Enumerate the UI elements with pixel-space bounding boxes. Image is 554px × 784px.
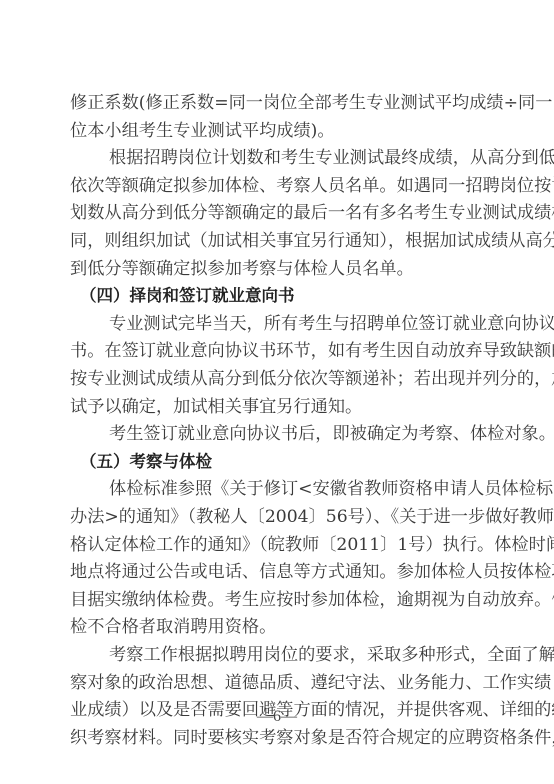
paragraph-line: 同，则组织加试（加试相关事宜另行通知），根据加试成绩从高分 — [70, 230, 482, 252]
paragraph-line: 织考察材料。同时要核实考察对象是否符合规定的应聘资格条件， — [70, 727, 482, 749]
paragraph-line: 到低分等额确定拟参加考察与体检人员名单。 — [70, 258, 482, 280]
paragraph-line: 考生签订就业意向协议书后，即被确定为考察、体检对象。 — [109, 423, 482, 445]
paragraph-line: 书。在签订就业意向协议书环节，如有考生因自动放弃导致缺额的， — [70, 340, 482, 362]
paragraph-line: 体检标准参照《关于修订<安徽省教师资格申请人员体检标准及 — [109, 478, 482, 500]
paragraph-line: 专业测试完毕当天，所有考生与招聘单位签订就业意向协议 — [109, 313, 482, 335]
paragraph-line: 修正系数(修正系数=同一岗位全部考生专业测试平均成绩÷同一岗 — [70, 92, 482, 114]
paragraph-line: 依次等额确定拟参加体检、考察人员名单。如遇同一招聘岗位按计 — [70, 175, 482, 197]
paragraph-line: 位本小组考生专业测试平均成绩)。 — [70, 120, 482, 142]
section-heading: （五）考察与体检 — [80, 451, 380, 473]
paragraph-line: 办法>的通知》（教秘人〔2004〕56号）、《关于进一步做好教师资 — [70, 506, 482, 528]
document-page: 修正系数(修正系数=同一岗位全部考生专业测试平均成绩÷同一岗位本小组考生专业测试… — [0, 0, 554, 784]
paragraph-line: 按专业测试成绩从高分到低分依次等额递补；若出现并列分的，加 — [70, 368, 482, 390]
paragraph-line: 目据实缴纳体检费。考生应按时参加体检，逾期视为自动放弃。体 — [70, 589, 482, 611]
paragraph-line: 检不合格者取消聘用资格。 — [70, 616, 482, 638]
paragraph-line: 划数从高分到低分等额确定的最后一名有多名考生专业测试成绩相 — [70, 202, 482, 224]
paragraph-line: 试予以确定，加试相关事宜另行通知。 — [70, 396, 482, 418]
paragraph-line: 察对象的政治思想、道德品质、遵纪守法、业务能力、工作实绩（学 — [70, 672, 482, 694]
paragraph-line: 考察工作根据拟聘用岗位的要求，采取多种形式，全面了解考 — [109, 644, 482, 666]
paragraph-line: 格认定体检工作的通知》（皖教师〔2011〕1号）执行。体检时间和 — [70, 534, 482, 556]
page-number: —6— — [0, 708, 554, 726]
section-heading: （四）择岗和签订就业意向书 — [80, 285, 380, 307]
paragraph-line: 地点将通过公告或电话、信息等方式通知。参加体检人员按体检项 — [70, 561, 482, 583]
paragraph-line: 根据招聘岗位计划数和考生专业测试最终成绩，从高分到低分 — [109, 147, 482, 169]
